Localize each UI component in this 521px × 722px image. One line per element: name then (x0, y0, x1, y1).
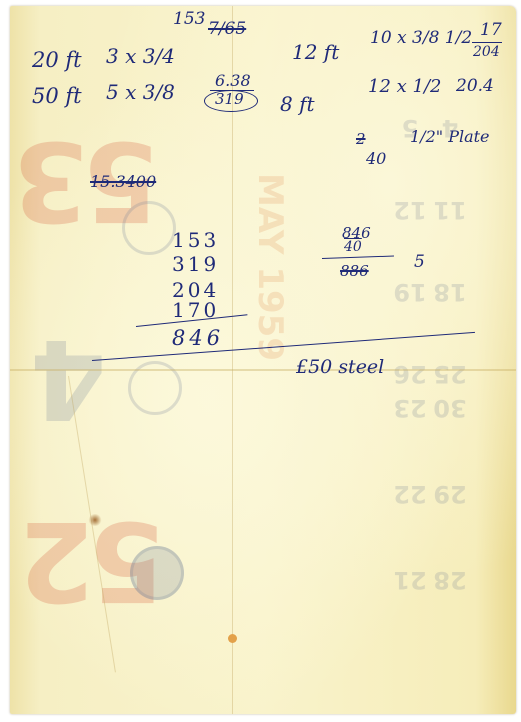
row2-price: 6.38 (215, 71, 251, 90)
sum-addend-1: 153 (172, 228, 219, 252)
ghost-day: 21 (390, 568, 430, 592)
row1-length-b: 12 ft (292, 40, 339, 64)
ghost-calendar-col-4: 21 22 23 (390, 396, 430, 592)
fraction-bar (472, 42, 502, 43)
row2-length-b: 8 ft (280, 92, 315, 116)
ghost-day: 12 (390, 198, 430, 222)
ghost-month-label: MAY 1959 (253, 173, 287, 473)
row1-fraction-denominator: 204 (473, 44, 500, 60)
ghost-day: 19 (390, 280, 430, 304)
ghost-day: 29 (430, 482, 470, 506)
orange-dot-stain (228, 634, 237, 643)
struck-total: 15.3400 (90, 172, 156, 191)
ghost-day: 30 (430, 396, 470, 420)
ghost-day: 23 (390, 396, 430, 420)
ghost-calendar-col-1: 25 18 11 4 (430, 116, 470, 386)
ghost-day: 26 (390, 362, 430, 386)
row1-length: 20 ft (32, 48, 82, 72)
row2-value-b: 20.4 (456, 76, 494, 96)
horizontal-fold-crease (10, 369, 516, 371)
note-struck-value: 7/65 (208, 19, 246, 39)
row2-circled-value: 319 (215, 90, 244, 108)
row1-fraction-numerator: 17 (480, 20, 502, 40)
plate-label: 1/2" Plate (410, 127, 490, 146)
row2-size-b: 12 x 1/2 (368, 76, 441, 97)
right-calc-struck-result: 886 (340, 262, 369, 280)
ghost-calendar-col-3: 28 29 30 (430, 396, 470, 592)
right-calc-minus: 40 (344, 239, 362, 255)
row2-size: 5 x 3/8 (106, 80, 175, 104)
plate-value: 40 (366, 149, 386, 168)
ghost-circle-top (122, 201, 176, 255)
right-calc-side-value: 5 (414, 252, 425, 272)
row1-size: 3 x 3/4 (106, 44, 175, 68)
rust-stain-spot (88, 514, 102, 526)
ghost-calendar-col-2: 26 19 12 5 (390, 116, 430, 386)
note-number-153: 153 (173, 9, 205, 29)
sum-addend-2: 319 (172, 252, 219, 276)
ghost-day: 11 (430, 198, 470, 222)
vertical-fold-crease (232, 6, 233, 714)
ghost-circle-bottom (130, 546, 184, 600)
right-calc-divider (322, 255, 394, 259)
plate-struck-value: 2 (356, 130, 366, 148)
ghost-day: 25 (430, 362, 470, 386)
ghost-day: 22 (390, 482, 430, 506)
row1-size-b: 10 x 3/8 1/2 (370, 28, 472, 48)
paper-sheet: 53 4 52 MAY 1959 25 18 11 4 26 19 12 5 2… (10, 6, 516, 714)
footer-amount: £50 steel (296, 356, 384, 378)
ghost-day: 18 (430, 280, 470, 304)
sum-total: 846 (172, 326, 224, 350)
ghost-day: 28 (430, 568, 470, 592)
row2-length: 50 ft (32, 84, 82, 108)
